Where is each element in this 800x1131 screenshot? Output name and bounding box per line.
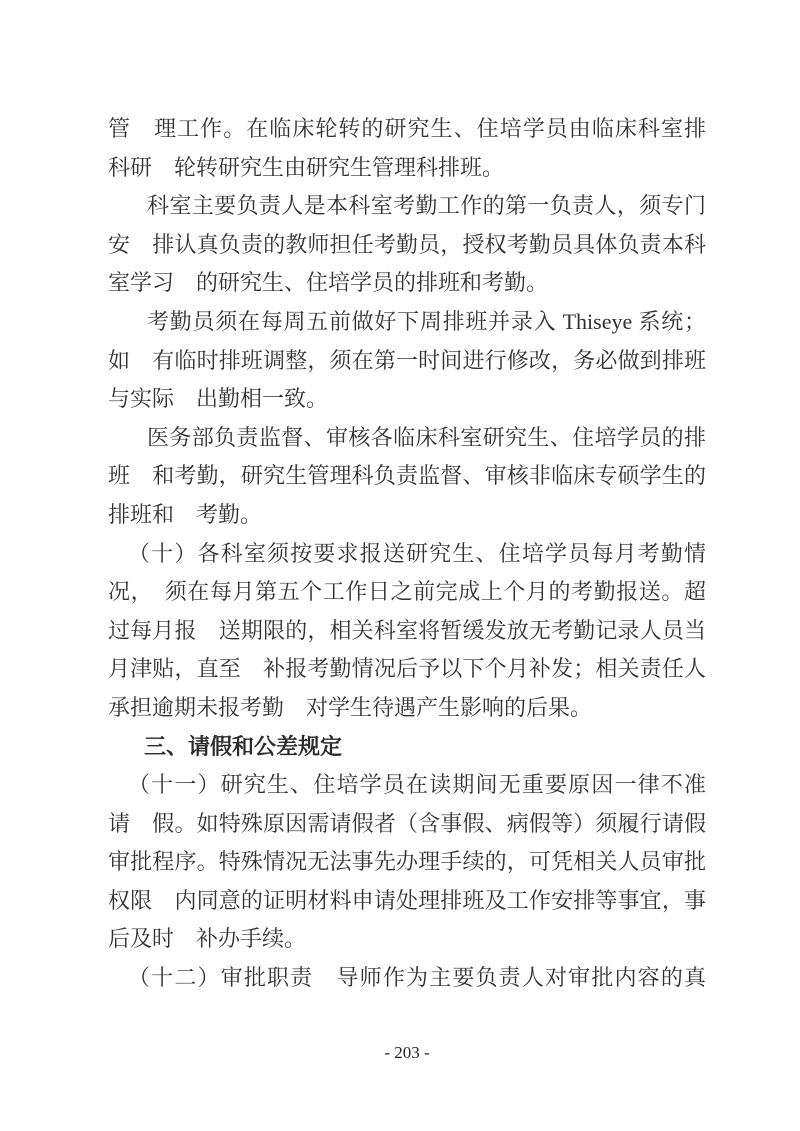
- body-line: 请 假。如特殊原因需请假者（含事假、病假等）须履行请假: [108, 805, 706, 844]
- body-line: 后及时 补办手续。: [108, 920, 706, 959]
- body-line: 审批程序。特殊情况无法事先办理手续的，可凭相关人员审批: [108, 843, 706, 882]
- body-line: （十）各科室须按要求报送研究生、住培学员每月考勤情: [108, 535, 706, 574]
- body-line: 考勤员须在每周五前做好下周排班并录入 Thiseye 系统；: [108, 303, 706, 342]
- body-line: 排班和 考勤。: [108, 496, 706, 535]
- body-line: 医务部负责监督、审核各临床科室研究生、住培学员的排: [108, 419, 706, 458]
- body-line: 月津贴，直至 补报考勤情况后予以下个月补发；相关责任人: [108, 650, 706, 689]
- body-line: 与实际 出勤相一致。: [108, 380, 706, 419]
- body-line: 管 理工作。在临床轮转的研究生、住培学员由临床科室排班，: [108, 110, 706, 149]
- document-body: 管 理工作。在临床轮转的研究生、住培学员由临床科室排班， 科研 轮转研究生由研究…: [108, 110, 706, 998]
- body-line: （十一）研究生、住培学员在读期间无重要原因一律不准: [108, 766, 706, 805]
- body-line: 科研 轮转研究生由研究生管理科排班。: [108, 149, 706, 188]
- body-line: 过每月报 送期限的，相关科室将暂缓发放无考勤记录人员当: [108, 612, 706, 651]
- body-line: 承担逾期未报考勤 对学生待遇产生影响的后果。: [108, 689, 706, 728]
- body-line: 况， 须在每月第五个工作日之前完成上个月的考勤报送。超: [108, 573, 706, 612]
- section-heading: 三、请假和公差规定: [108, 728, 706, 767]
- document-page: 管 理工作。在临床轮转的研究生、住培学员由临床科室排班， 科研 轮转研究生由研究…: [0, 0, 800, 1131]
- body-line: 室学习 的研究生、住培学员的排班和考勤。: [108, 264, 706, 303]
- body-line: 如 有临时排班调整，须在第一时间进行修改，务必做到排班: [108, 342, 706, 381]
- body-line: （十二）审批职责 导师作为主要负责人对审批内容的真: [108, 959, 706, 998]
- body-line: 权限 内同意的证明材料申请处理排班及工作安排等事宜，事: [108, 882, 706, 921]
- page-number: - 203 -: [108, 1042, 706, 1064]
- body-line: 班 和考勤，研究生管理科负责监督、审核非临床专硕学生的: [108, 457, 706, 496]
- body-line: 安 排认真负责的教师担任考勤员，授权考勤员具体负责本科: [108, 226, 706, 265]
- body-line: 科室主要负责人是本科室考勤工作的第一负责人，须专门: [108, 187, 706, 226]
